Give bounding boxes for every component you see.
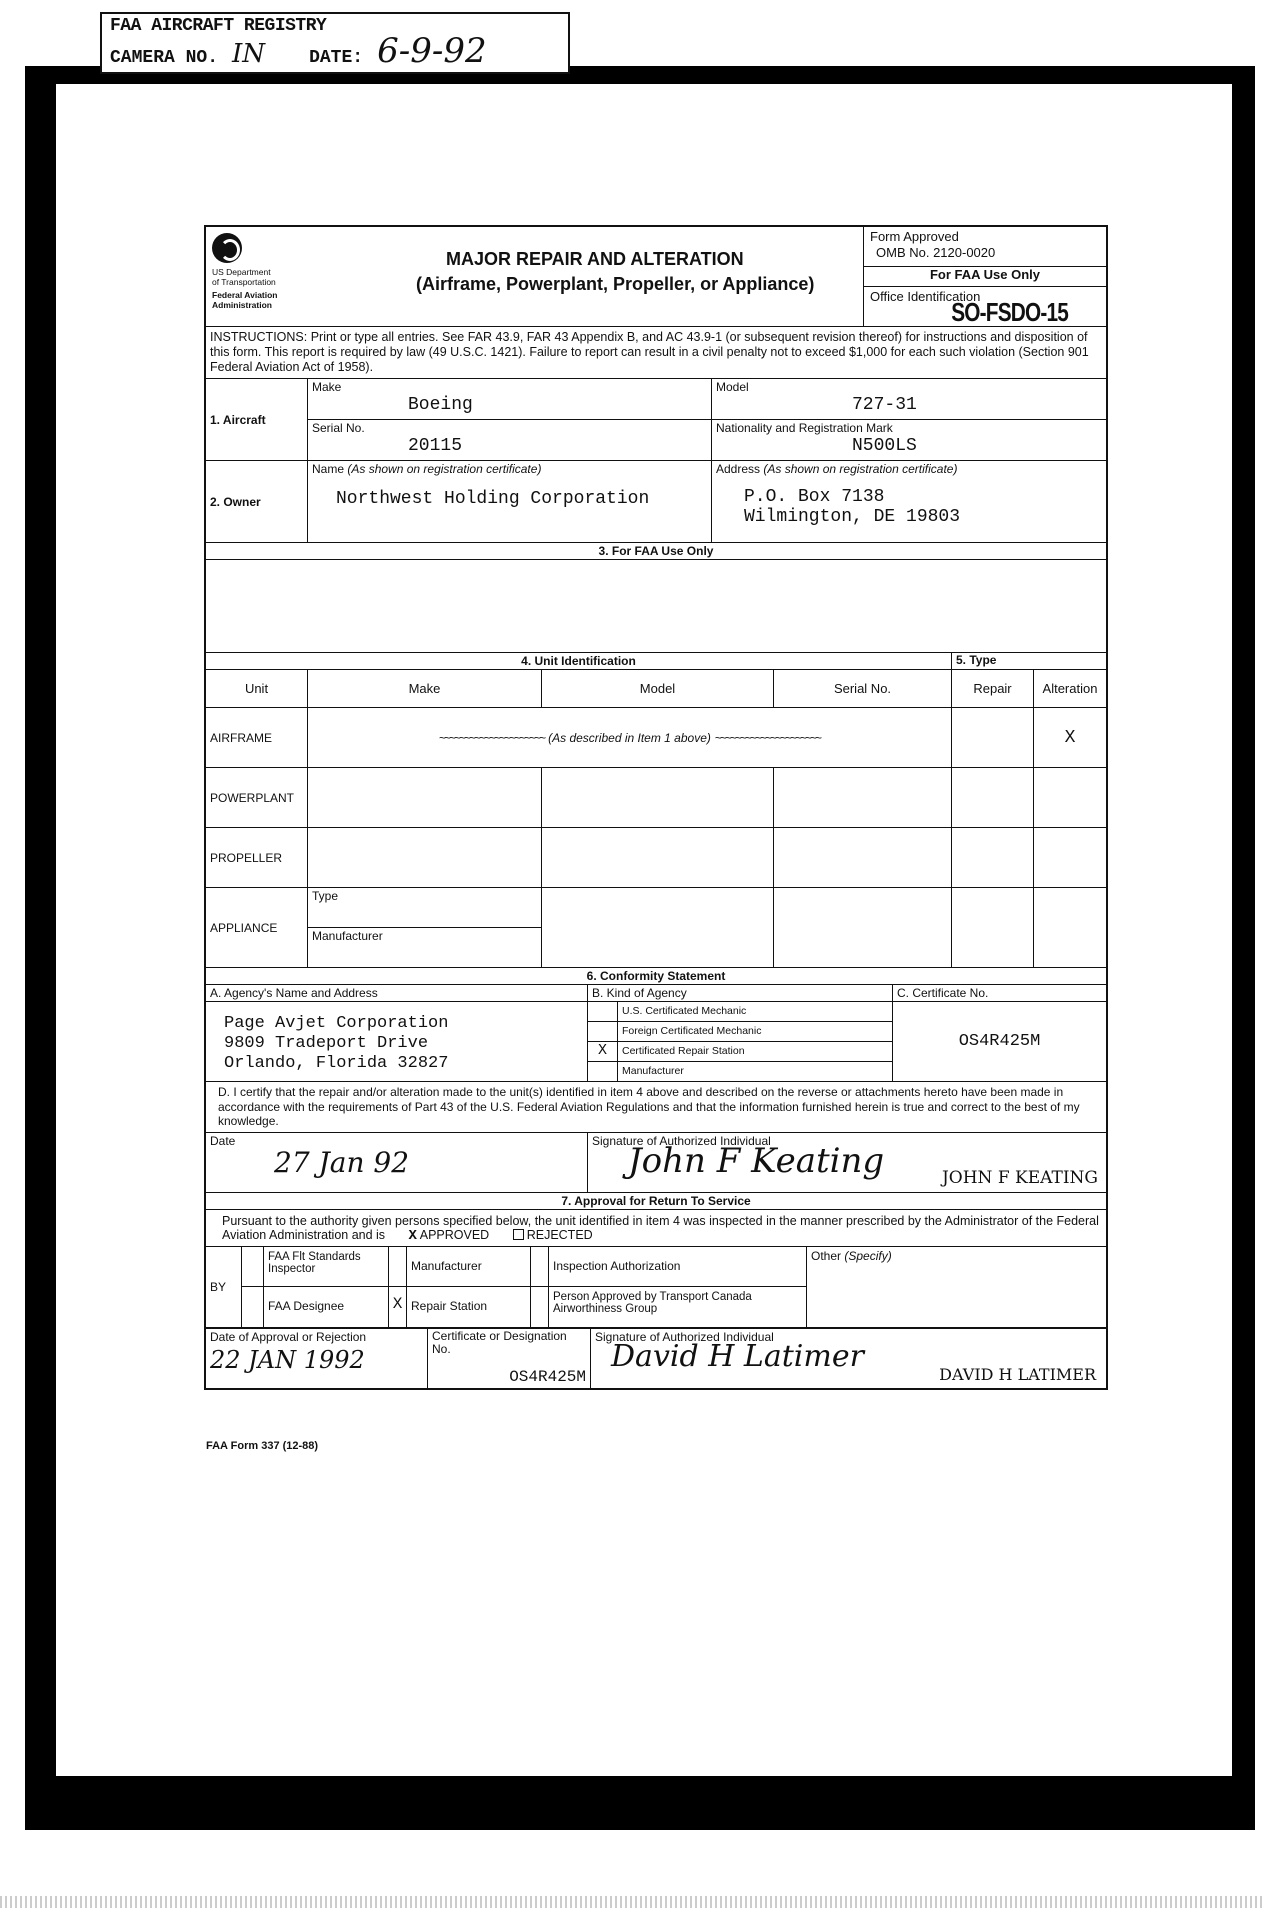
appliance-model[interactable] [542, 888, 774, 967]
approval-statement: Pursuant to the authority given persons … [206, 1210, 1106, 1246]
aircraft-label: 1. Aircraft [206, 379, 308, 460]
kind-option[interactable]: Manufacturer [588, 1062, 892, 1081]
form-number: FAA Form 337 (12-88) [206, 1440, 318, 1452]
camera-no: IN [232, 39, 265, 69]
serial-label: Serial No. [308, 420, 711, 436]
agency-line: of Transportation [212, 277, 410, 287]
unit-section-header: 4. Unit Identification 5. Type [206, 653, 1106, 670]
owner-address-hint: (As shown on registration certificate) [763, 462, 957, 476]
kind-option[interactable]: Foreign Certificated Mechanic [588, 1022, 892, 1042]
agency-address[interactable]: Page Avjet Corporation 9809 Tradeport Dr… [206, 1002, 588, 1081]
omb-number: OMB No. 2120-0020 [870, 245, 1100, 261]
propeller-repair[interactable] [952, 828, 1034, 887]
agency-block: US Department of Transportation Federal … [206, 227, 416, 326]
approval-by-grid: BY FAA Flt Standards Inspector Manufactu… [206, 1246, 1106, 1328]
by-option-label: Inspection Authorization [549, 1247, 806, 1287]
agency-name-label: A. Agency's Name and Address [206, 985, 588, 1001]
by-checkbox[interactable] [389, 1247, 407, 1287]
faa-use-only-label: For FAA Use Only [864, 267, 1106, 287]
scan-edge [0, 1896, 1264, 1908]
owner-address-line2[interactable]: Wilmington, DE 19803 [712, 507, 1106, 527]
date-label: DATE: [309, 43, 363, 73]
powerplant-repair[interactable] [952, 768, 1034, 827]
kind-label: Manufacturer [618, 1062, 688, 1081]
aircraft-serial[interactable]: 20115 [308, 436, 711, 456]
airframe-repair[interactable] [952, 708, 1034, 767]
owner-address-label: Address [716, 462, 760, 476]
faa-use-area[interactable] [206, 560, 1106, 652]
approval-signature-row: Date of Approval or Rejection 22 JAN 199… [206, 1328, 1106, 1388]
conformity-headers: A. Agency's Name and Address B. Kind of … [206, 985, 1106, 1002]
approval-date-label: Date of Approval or Rejection [206, 1329, 427, 1345]
appliance-row: APPLIANCE Type Manufacturer [206, 888, 1106, 968]
faa-use-label: 3. For FAA Use Only [206, 543, 1106, 560]
title-block: MAJOR REPAIR AND ALTERATION (Airframe, P… [416, 227, 863, 326]
rejected-option[interactable]: REJECTED [513, 1228, 593, 1242]
rejected-checkbox[interactable] [513, 1229, 524, 1240]
kind-checkbox[interactable] [588, 1002, 618, 1021]
col-serial: Serial No. [774, 670, 952, 707]
by-option-label: FAA Designee [264, 1287, 389, 1327]
appliance-repair[interactable] [952, 888, 1034, 967]
by-checkbox[interactable] [242, 1287, 264, 1327]
approved-option[interactable]: X APPROVED [409, 1228, 490, 1242]
airframe-label: AIRFRAME [206, 708, 308, 767]
other-hint: (Specify) [844, 1249, 891, 1263]
by-checkbox[interactable]: X [389, 1287, 407, 1327]
kind-option[interactable]: X Certificated Repair Station [588, 1042, 892, 1062]
by-checkbox[interactable] [242, 1247, 264, 1287]
propeller-serial[interactable] [774, 828, 952, 887]
camera-no-label: CAMERA NO. [110, 43, 218, 73]
form-subtitle: (Airframe, Powerplant, Propeller, or App… [416, 274, 863, 295]
airframe-alteration[interactable]: X [1034, 708, 1106, 767]
appliance-label: APPLIANCE [206, 888, 308, 967]
omb-block: Form Approved OMB No. 2120-0020 For FAA … [863, 227, 1106, 326]
conformity-body: Page Avjet Corporation 9809 Tradeport Dr… [206, 1002, 1106, 1082]
by-option-label: Person Approved by Transport Canada Airw… [549, 1287, 806, 1327]
agency-line: Federal Aviation [212, 290, 410, 300]
by-option-label: Repair Station [407, 1287, 531, 1327]
kind-of-agency-options: U.S. Certificated Mechanic Foreign Certi… [588, 1002, 893, 1081]
approval-signature[interactable]: David H Latimer [611, 1339, 864, 1374]
approval-cert-no[interactable]: OS4R425M [509, 1368, 586, 1386]
by-checkbox[interactable] [531, 1247, 549, 1287]
propeller-alteration[interactable] [1034, 828, 1106, 887]
form-header: US Department of Transportation Federal … [206, 227, 1106, 327]
form-title: MAJOR REPAIR AND ALTERATION [446, 249, 863, 270]
approval-label: 7. Approval for Return To Service [206, 1193, 1106, 1210]
airframe-description: (As described in Item 1 above) [548, 731, 711, 745]
agency-line: Page Avjet Corporation [224, 1014, 587, 1034]
other-specify[interactable]: Other (Specify) [807, 1247, 1106, 1327]
faa-use-section: 3. For FAA Use Only [206, 543, 1106, 653]
other-label: Other [811, 1249, 841, 1263]
cert-no-label: C. Certificate No. [893, 985, 1106, 1001]
rejected-label: REJECTED [527, 1228, 593, 1242]
airframe-row: AIRFRAME ~~~~~~~~~~~~~~~~~~~~~ (As descr… [206, 708, 1106, 768]
by-option-label: Manufacturer [407, 1247, 531, 1287]
appliance-serial[interactable] [774, 888, 952, 967]
by-label: BY [206, 1247, 242, 1327]
kind-label: U.S. Certificated Mechanic [618, 1002, 750, 1021]
kind-of-agency-label: B. Kind of Agency [588, 985, 893, 1001]
agency-line: Orlando, Florida 32827 [224, 1054, 587, 1074]
powerplant-make[interactable] [308, 768, 542, 827]
kind-checkbox[interactable] [588, 1062, 618, 1081]
approval-printed-name: DAVID H LATIMER [939, 1365, 1096, 1384]
wavy-line: ~~~~~~~~~~~~~~~~~~~~~ [439, 731, 544, 745]
owner-name[interactable]: Northwest Holding Corporation [308, 477, 711, 509]
powerplant-serial[interactable] [774, 768, 952, 827]
agency-line: Administration [212, 300, 410, 310]
aircraft-registration[interactable]: N500LS [712, 436, 1106, 456]
aircraft-section: 1. Aircraft Make Boeing Serial No. 20115… [206, 379, 1106, 461]
approval-text: Pursuant to the authority given persons … [222, 1214, 1099, 1243]
dot-logo-icon [212, 233, 242, 263]
type-label: 5. Type [952, 653, 1106, 669]
registry-title: FAA AIRCRAFT REGISTRY [110, 16, 560, 36]
camera-label: FAA AIRCRAFT REGISTRY CAMERA NO. IN DATE… [100, 12, 570, 74]
aircraft-make[interactable]: Boeing [308, 395, 711, 415]
approved-checkbox[interactable]: X [409, 1228, 417, 1244]
approved-label: APPROVED [420, 1228, 489, 1242]
unit-id-label: 4. Unit Identification [206, 653, 952, 669]
appliance-manufacturer-label[interactable]: Manufacturer [308, 928, 541, 967]
col-make: Make [308, 670, 542, 707]
col-alteration: Alteration [1034, 670, 1106, 707]
conformity-printed-name: JOHN F KEATING [942, 1168, 1098, 1188]
by-option-label: FAA Flt Standards Inspector [264, 1247, 389, 1287]
owner-address-line1[interactable]: P.O. Box 7138 [712, 477, 1106, 507]
approval-cert-label: Certificate or Designation No. [428, 1329, 590, 1357]
owner-name-hint: (As shown on registration certificate) [347, 462, 541, 476]
by-checkbox[interactable] [531, 1287, 549, 1327]
agency-line: 9809 Tradeport Drive [224, 1034, 587, 1054]
appliance-alteration[interactable] [1034, 888, 1106, 967]
kind-label: Certificated Repair Station [618, 1042, 749, 1061]
unit-table-header: Unit Make Model Serial No. Repair Altera… [206, 670, 1106, 708]
conformity-date[interactable]: 27 Jan 92 [206, 1149, 587, 1177]
powerplant-label: POWERPLANT [206, 768, 308, 827]
registration-label: Nationality and Registration Mark [712, 420, 1106, 436]
approval-date[interactable]: 22 JAN 1992 [206, 1345, 427, 1375]
appliance-type-label[interactable]: Type [308, 888, 541, 928]
wavy-line: ~~~~~~~~~~~~~~~~~~~~~ [715, 731, 820, 745]
camera-date: 6-9-92 [377, 36, 487, 66]
col-unit: Unit [206, 670, 308, 707]
propeller-make[interactable] [308, 828, 542, 887]
conformity-label: 6. Conformity Statement [206, 968, 1106, 985]
kind-option[interactable]: U.S. Certificated Mechanic [588, 1002, 892, 1022]
propeller-label: PROPELLER [206, 828, 308, 887]
col-model: Model [542, 670, 774, 707]
form-approved: Form Approved [870, 229, 1100, 245]
col-repair: Repair [952, 670, 1034, 707]
owner-name-label: Name [312, 462, 344, 476]
owner-label: 2. Owner [206, 461, 308, 542]
kind-label: Foreign Certificated Mechanic [618, 1022, 765, 1041]
conformity-signature-row: Date 27 Jan 92 Signature of Authorized I… [206, 1133, 1106, 1193]
office-id-stamp: SO-FSDO-15 [951, 297, 1068, 328]
propeller-model[interactable] [542, 828, 774, 887]
certification-statement: D. I certify that the repair and/or alte… [206, 1082, 1106, 1133]
powerplant-row: POWERPLANT [206, 768, 1106, 828]
kind-checkbox[interactable]: X [588, 1042, 618, 1061]
conformity-signature[interactable]: John F Keating [628, 1141, 884, 1181]
powerplant-alteration[interactable] [1034, 768, 1106, 827]
propeller-row: PROPELLER [206, 828, 1106, 888]
make-label: Make [308, 379, 711, 395]
model-label: Model [712, 379, 1106, 395]
conformity-cert-no[interactable]: OS4R425M [893, 1002, 1106, 1081]
kind-checkbox[interactable] [588, 1022, 618, 1041]
faa-form-337: US Department of Transportation Federal … [204, 225, 1108, 1390]
instructions: INSTRUCTIONS: Print or type all entries.… [206, 327, 1106, 379]
aircraft-model[interactable]: 727-31 [712, 395, 1106, 415]
owner-section: 2. Owner Name (As shown on registration … [206, 461, 1106, 543]
powerplant-model[interactable] [542, 768, 774, 827]
agency-line: US Department [212, 267, 410, 277]
